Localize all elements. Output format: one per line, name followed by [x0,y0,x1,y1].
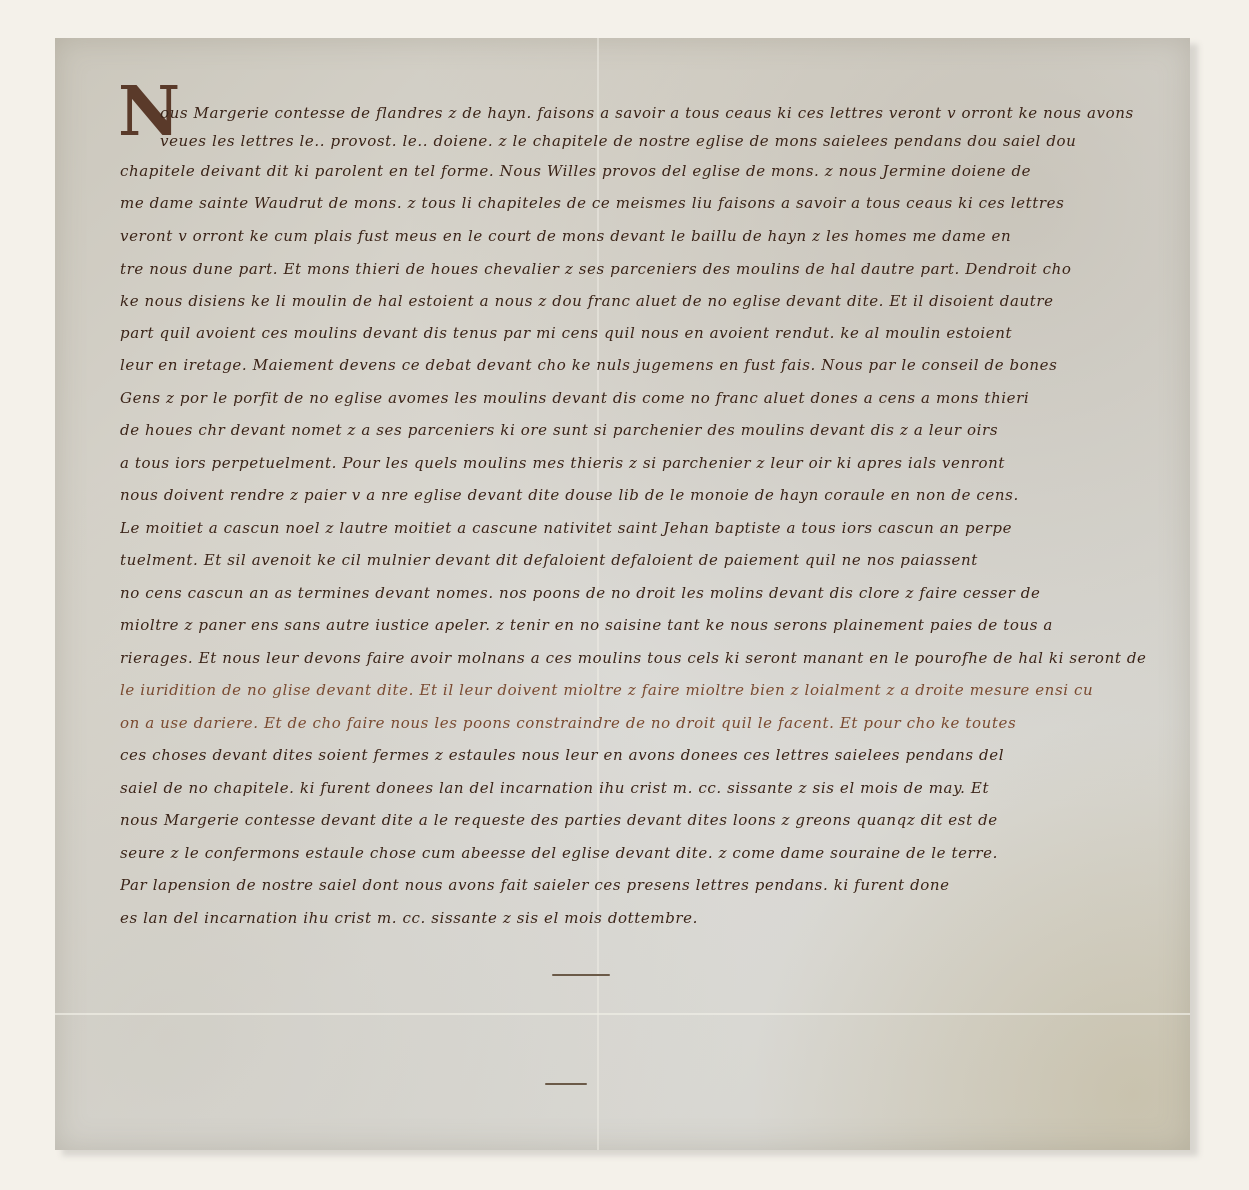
text-line: mioltre z paner ens sans autre iustice a… [120,610,1053,640]
text-line: no cens cascun an as termines devant nom… [120,578,1040,608]
text-line: ke nous disiens ke li moulin de hal esto… [120,286,1054,316]
text-line: seure z le confermons estaule chose cum … [120,838,998,868]
text-line: veues les lettres le.. provost. le.. doi… [160,126,1076,156]
ink-stroke-mark [552,974,610,976]
text-line: Le moitiet a cascun noel z lautre moitie… [120,513,1012,543]
text-line: tre nous dune part. Et mons thieri de ho… [120,254,1072,284]
text-line: part quil avoient ces moulins devant dis… [120,318,1012,348]
text-line: me dame sainte Waudrut de mons. z tous l… [120,188,1064,218]
parchment-charter: N ous Margerie contesse de flandres z de… [55,38,1190,1150]
text-line: leur en iretage. Maiement devens ce deba… [120,350,1057,380]
text-line: nous doivent rendre z paier v a nre egli… [120,480,1019,510]
text-line: Gens z por le porfit de no eglise avomes… [120,383,1029,413]
text-line: ces choses devant dites soient fermes z … [120,740,1004,770]
text-line: de houes chr devant nomet z a ses parcen… [120,415,998,445]
text-line: on a use dariere. Et de cho faire nous l… [120,708,1016,738]
text-line: saiel de no chapitele. ki furent donees … [120,773,989,803]
text-line: chapitele deivant dit ki parolent en tel… [120,156,1031,186]
text-line: rierages. Et nous leur devons faire avoi… [120,643,1147,673]
text-line: Par lapension de nostre saiel dont nous … [120,870,950,900]
text-line: tuelment. Et sil avenoit ke cil mulnier … [120,545,978,575]
fold-crease-horizontal [55,1013,1190,1015]
text-line: le iuridition de no glise devant dite. E… [120,675,1093,705]
text-line: nous Margerie contesse devant dite a le … [120,805,998,835]
text-line: veront v orront ke cum plais fust meus e… [120,221,1011,251]
text-line: es lan del incarnation ihu crist m. cc. … [120,903,698,933]
text-line: ous Margerie contesse de flandres z de h… [160,98,1134,128]
text-line: a tous iors perpetuelment. Pour les quel… [120,448,1005,478]
ink-stroke-mark [545,1083,587,1085]
